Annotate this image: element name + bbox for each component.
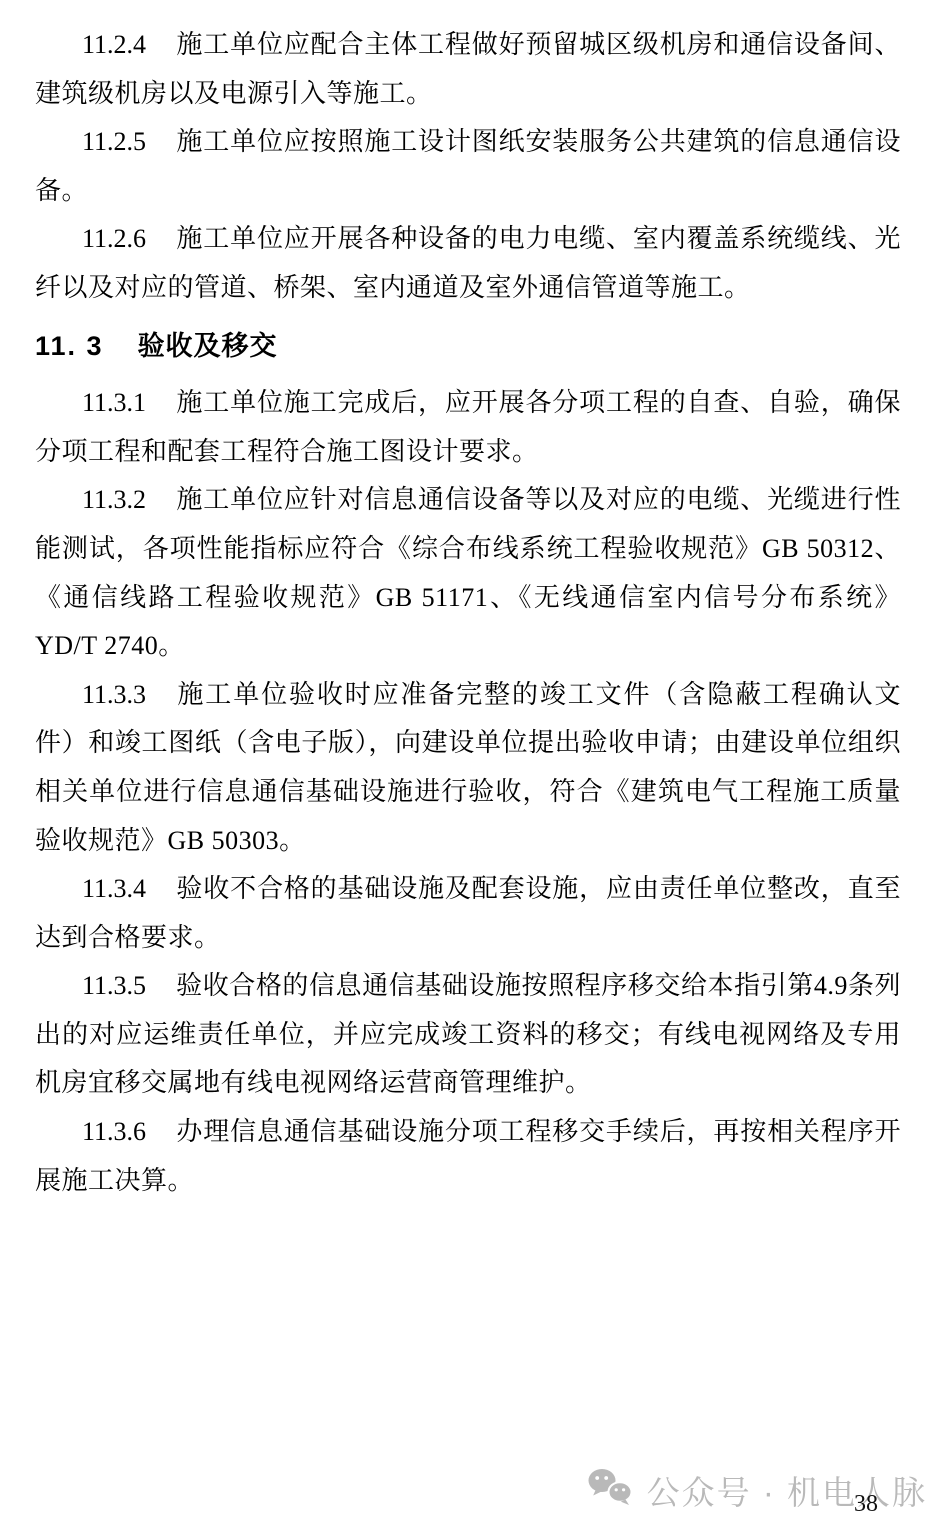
- document-body: 11.2.4施工单位应配合主体工程做好预留城区级机房和通信设备间、建筑级机房以及…: [35, 21, 901, 1205]
- clause-11-2-6: 11.2.6施工单位应开展各种设备的电力电缆、室内覆盖系统缆线、光纤以及对应的管…: [35, 215, 901, 312]
- clause-number: 11.2.4: [82, 30, 146, 59]
- section-heading-number: 11. 3: [35, 331, 104, 361]
- clause-11-2-5: 11.2.5施工单位应按照施工设计图纸安装服务公共建筑的信息通信设备。: [35, 118, 901, 215]
- clause-11-3-5: 11.3.5验收合格的信息通信基础设施按照程序移交给本指引第4.9条列出的对应运…: [35, 962, 901, 1108]
- clause-text: 施工单位应针对信息通信设备等以及对应的电缆、光缆进行性能测试，各项性能指标应符合…: [35, 485, 901, 660]
- clause-text: 施工单位应开展各种设备的电力电缆、室内覆盖系统缆线、光纤以及对应的管道、桥架、室…: [35, 224, 901, 302]
- section-heading: 11. 3验收及移交: [35, 322, 901, 371]
- clause-number: 11.3.6: [82, 1117, 146, 1146]
- clause-number: 11.3.5: [82, 971, 146, 1000]
- clause-11-3-4: 11.3.4验收不合格的基础设施及配套设施，应由责任单位整改，直至达到合格要求。: [35, 865, 901, 962]
- clause-text: 施工单位应按照施工设计图纸安装服务公共建筑的信息通信设备。: [35, 127, 901, 205]
- clause-number: 11.3.4: [82, 874, 146, 903]
- clause-11-3-6: 11.3.6办理信息通信基础设施分项工程移交手续后，再按相关程序开展施工决算。: [35, 1108, 901, 1205]
- clause-number: 11.3.1: [82, 388, 146, 417]
- watermark-text: 公众号 · 机电人脉: [647, 1467, 927, 1514]
- clause-11-3-3: 11.3.3施工单位验收时应准备完整的竣工文件（含隐蔽工程确认文件）和竣工图纸（…: [35, 671, 901, 865]
- clause-text: 验收合格的信息通信基础设施按照程序移交给本指引第4.9条列出的对应运维责任单位，…: [35, 971, 901, 1097]
- section-heading-title: 验收及移交: [138, 331, 278, 361]
- document-page: { "document": { "paragraphs": [ { "num":…: [0, 0, 935, 1530]
- clause-text: 施工单位施工完成后，应开展各分项工程的自查、自验，确保分项工程和配套工程符合施工…: [35, 388, 901, 466]
- clause-text: 施工单位应配合主体工程做好预留城区级机房和通信设备间、建筑级机房以及电源引入等施…: [35, 30, 901, 108]
- clause-number: 11.2.5: [82, 127, 146, 156]
- page-number: 38: [854, 1491, 878, 1518]
- wechat-icon: [587, 1468, 635, 1514]
- clause-text: 办理信息通信基础设施分项工程移交手续后，再按相关程序开展施工决算。: [35, 1117, 901, 1195]
- clause-number: 11.3.2: [82, 485, 146, 514]
- clause-11-2-4: 11.2.4施工单位应配合主体工程做好预留城区级机房和通信设备间、建筑级机房以及…: [35, 21, 901, 118]
- clause-11-3-1: 11.3.1施工单位施工完成后，应开展各分项工程的自查、自验，确保分项工程和配套…: [35, 379, 901, 476]
- clause-text: 验收不合格的基础设施及配套设施，应由责任单位整改，直至达到合格要求。: [35, 874, 901, 952]
- clause-text: 施工单位验收时应准备完整的竣工文件（含隐蔽工程确认文件）和竣工图纸（含电子版），…: [35, 680, 901, 855]
- clause-11-3-2: 11.3.2施工单位应针对信息通信设备等以及对应的电缆、光缆进行性能测试，各项性…: [35, 476, 901, 670]
- clause-number: 11.3.3: [82, 680, 146, 709]
- clause-number: 11.2.6: [82, 224, 146, 253]
